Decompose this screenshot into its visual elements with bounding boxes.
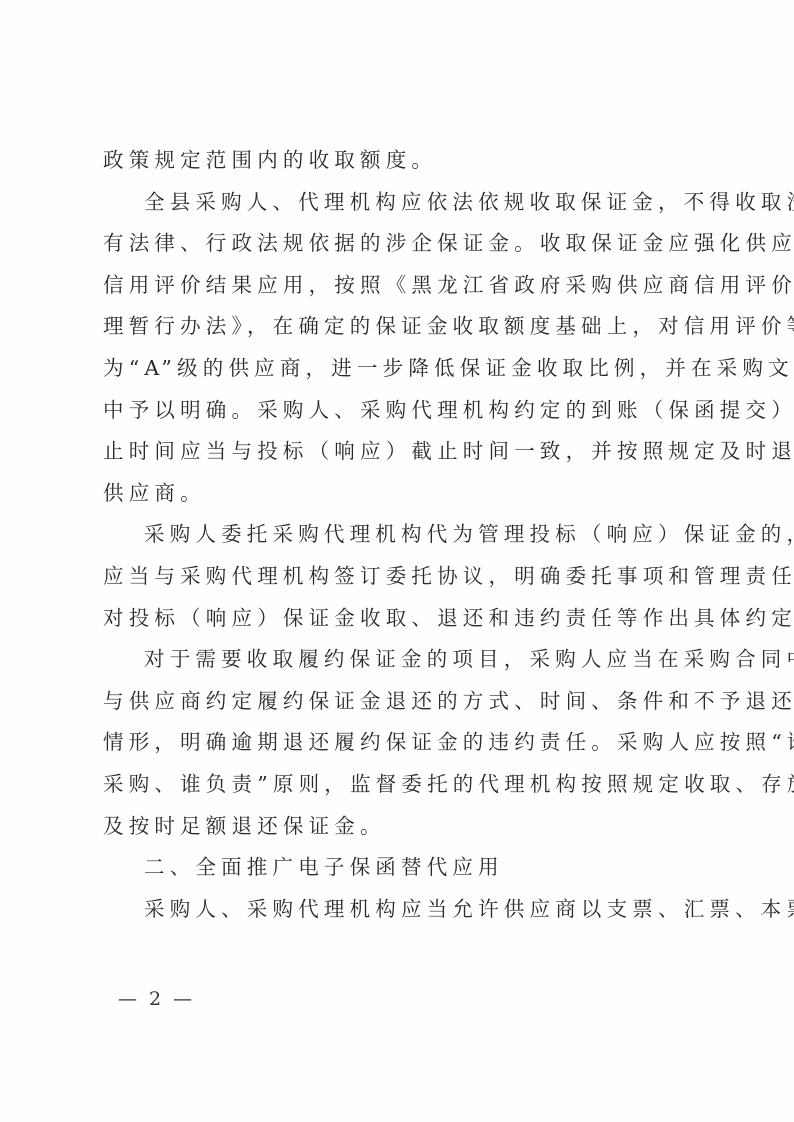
section-heading: 二、全面推广电子保函替代应用 (103, 847, 695, 889)
text-line: 对投标（响应）保证金收取、退还和违约责任等作出具体约定。 (103, 598, 695, 640)
text-line: 采购、谁负责”原则，监督委托的代理机构按照规定收取、存放 (103, 764, 695, 806)
text-line: 中予以明确。采购人、采购代理机构约定的到账（保函提交）截 (103, 390, 695, 432)
paragraph-start-line: 采购人委托采购代理机构代为管理投标（响应）保证金的， (103, 514, 695, 556)
text-line: 及按时足额退还保证金。 (103, 806, 695, 848)
page-number: — 2 — (118, 988, 195, 1010)
text-line: 止时间应当与投标（响应）截止时间一致，并按照规定及时退还 (103, 431, 695, 473)
text-line: 情形，明确逾期退还履约保证金的违约责任。采购人应按照“谁 (103, 722, 695, 764)
text-line: 供应商。 (103, 473, 695, 515)
text-line: 应当与采购代理机构签订委托协议，明确委托事项和管理责任， (103, 556, 695, 598)
text-line: 有法律、行政法规依据的涉企保证金。收取保证金应强化供应商 (103, 223, 695, 265)
text-line: 信用评价结果应用，按照《黑龙江省政府采购供应商信用评价管 (103, 265, 695, 307)
paragraph-start-line: 对于需要收取履约保证金的项目，采购人应当在采购合同中 (103, 639, 695, 681)
text-line: 理暂行办法》，在确定的保证金收取额度基础上，对信用评价等级 (103, 306, 695, 348)
paragraph-start-line: 采购人、采购代理机构应当允许供应商以支票、汇票、本票 (103, 889, 695, 931)
document-body: 政策规定范围内的收取额度。 全县采购人、代理机构应依法依规收取保证金，不得收取没… (103, 140, 695, 930)
paragraph-start-line: 全县采购人、代理机构应依法依规收取保证金，不得收取没 (103, 182, 695, 224)
document-page: 政策规定范围内的收取额度。 全县采购人、代理机构应依法依规收取保证金，不得收取没… (0, 0, 794, 1122)
text-line: 与供应商约定履约保证金退还的方式、时间、条件和不予退还的 (103, 681, 695, 723)
text-line: 为“A”级的供应商，进一步降低保证金收取比例，并在采购文件 (103, 348, 695, 390)
text-line: 政策规定范围内的收取额度。 (103, 140, 695, 182)
